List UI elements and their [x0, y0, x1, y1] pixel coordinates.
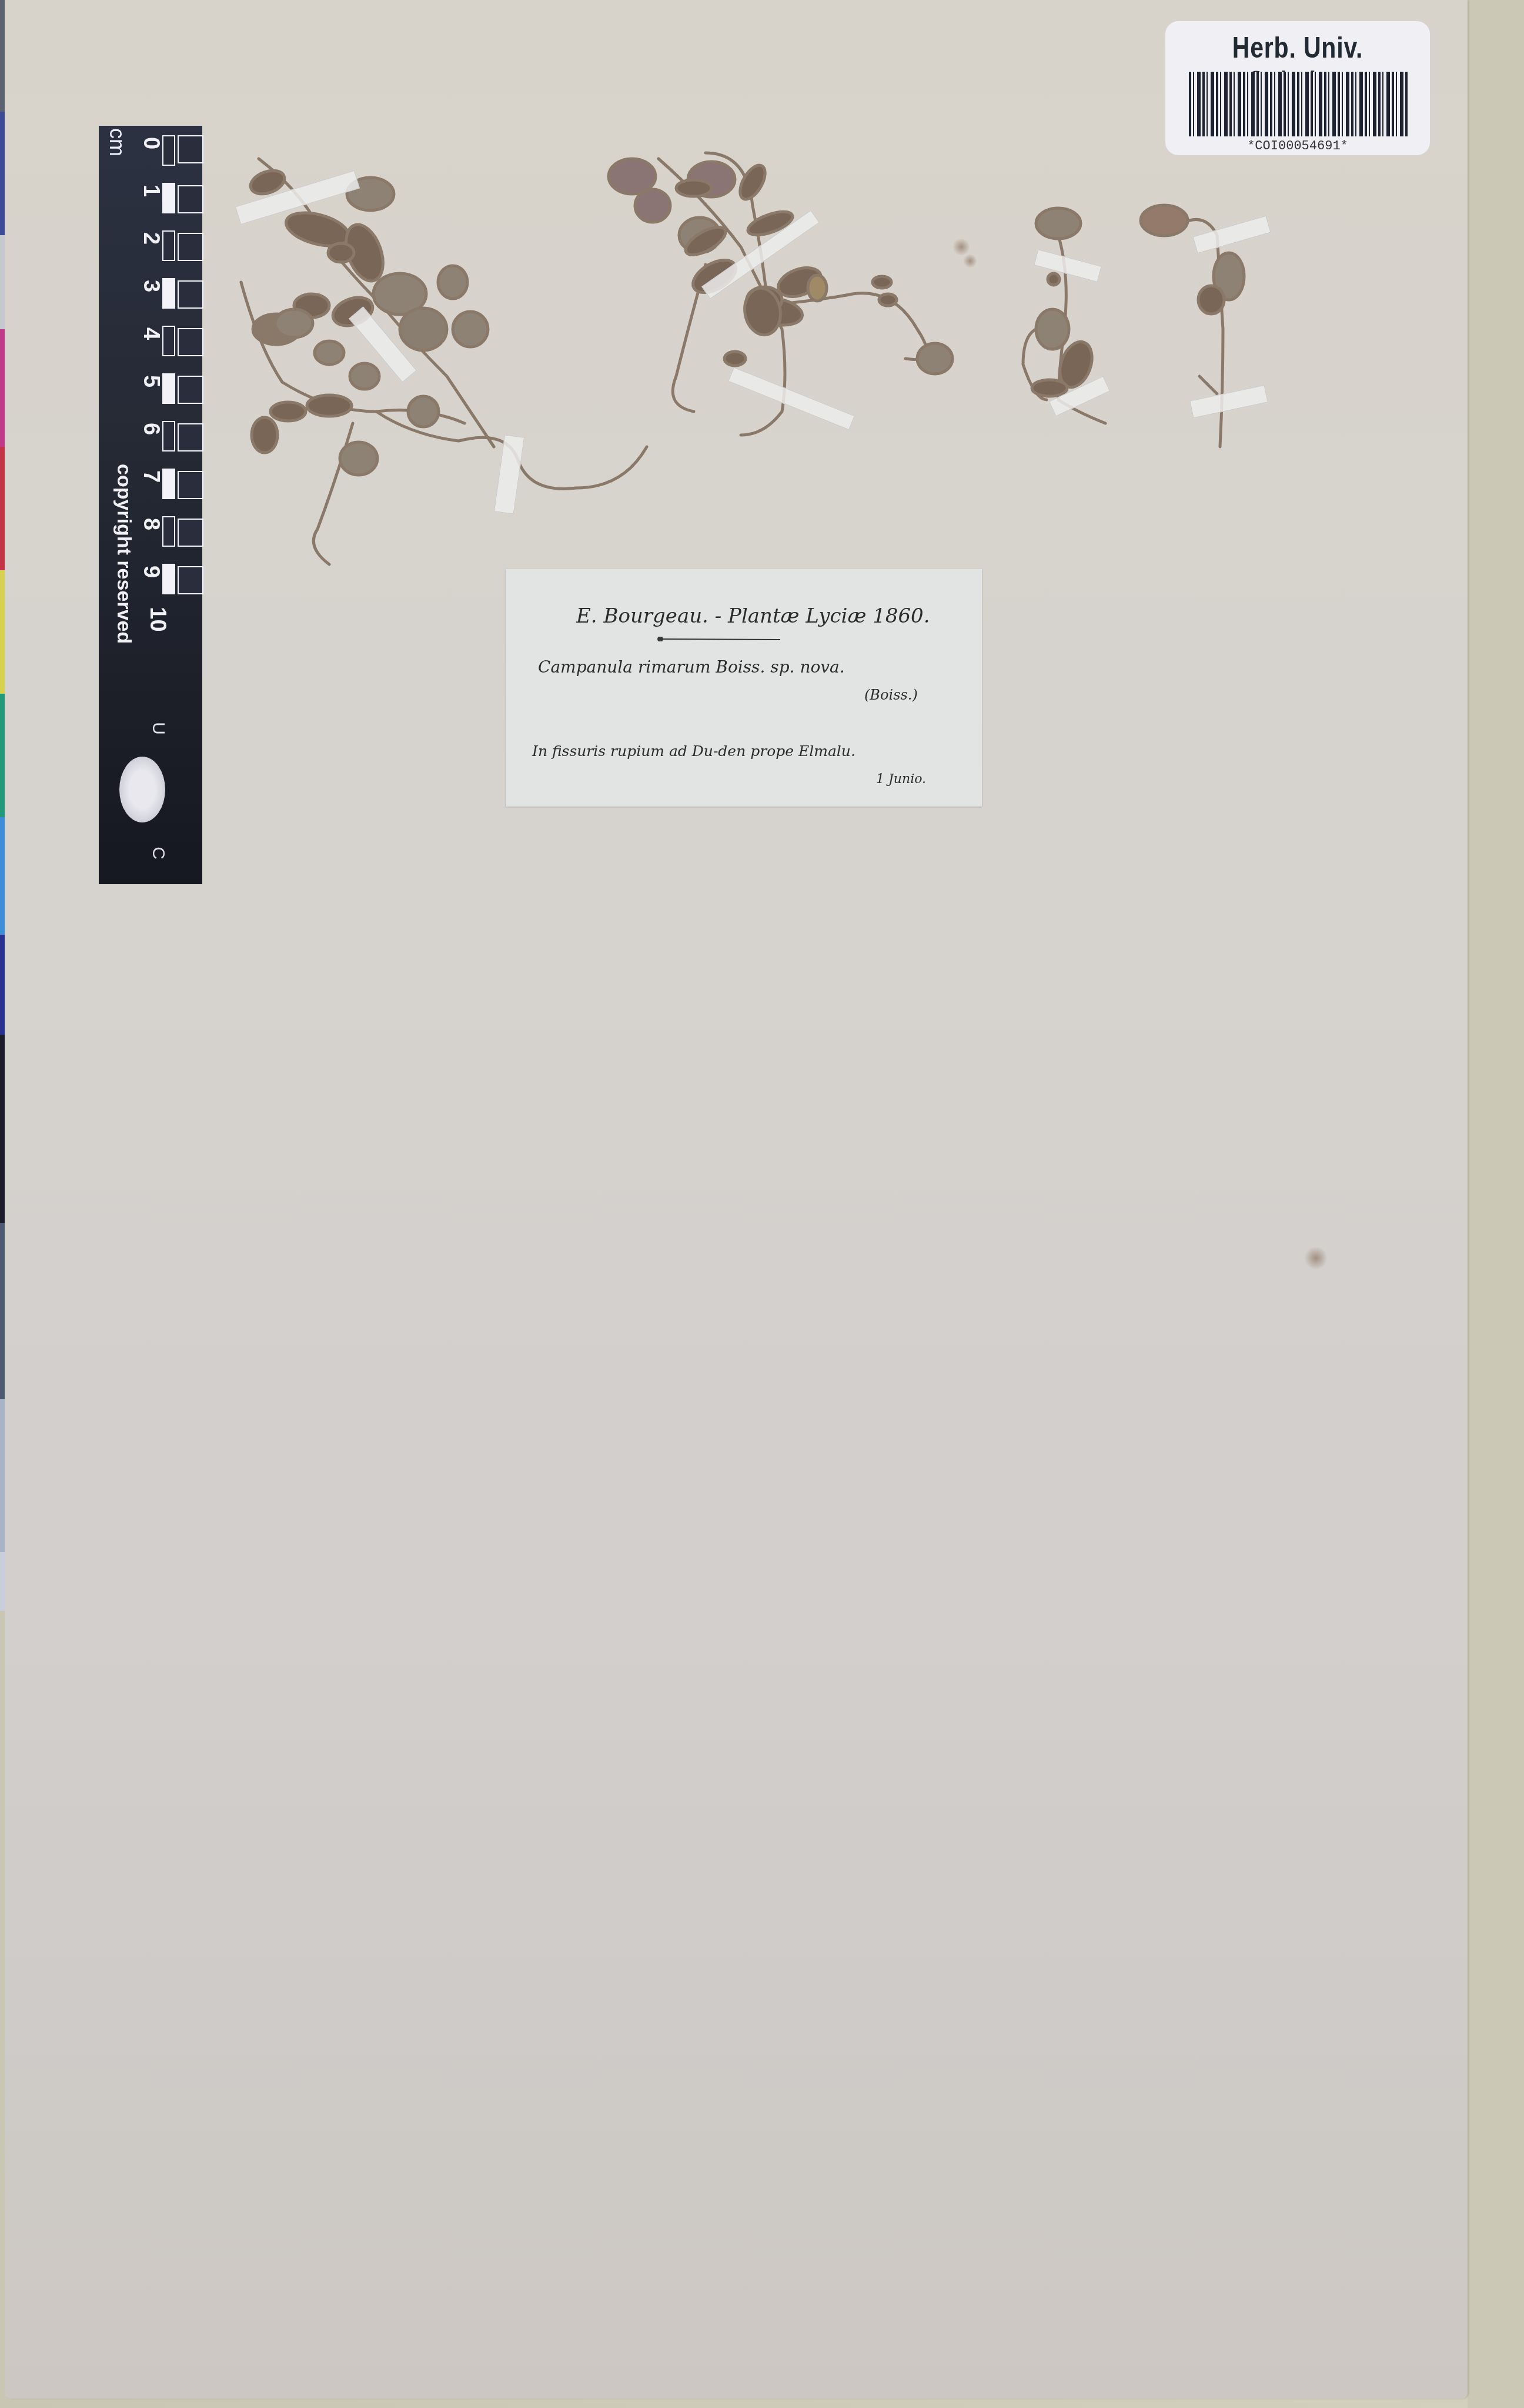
ruler-square [178, 328, 203, 356]
ruler-block [162, 278, 175, 309]
barcode-code: *COI00054691* [1165, 139, 1430, 153]
ruler-block [162, 564, 175, 594]
pin-icon [657, 637, 780, 641]
ruler-square [178, 233, 203, 261]
author-line: (Boiss.) [864, 687, 918, 703]
ruler-block [162, 230, 175, 261]
ruler-letter-u: U [148, 722, 168, 735]
scale-ruler: cm 012345678910 copyright reserved U C [99, 126, 202, 884]
ruler-block [162, 469, 175, 499]
ruler-square [178, 519, 203, 547]
ruler-square [178, 376, 203, 404]
ruler-square [178, 423, 203, 451]
ruler-tick-label: 0 [138, 137, 163, 149]
ruler-tick-label: 2 [138, 232, 163, 245]
ruler-block [162, 183, 175, 213]
locality-line: In fissuris rupium ad Du-den prope Elmal… [532, 743, 855, 760]
ruler-tick-label: 6 [138, 423, 163, 435]
ruler-scale-bar [162, 135, 201, 752]
ruler-tick-label: 7 [138, 470, 163, 483]
ruler-tick-label: 5 [138, 375, 163, 387]
barcode-label: Herb. Univ. Coimbra *COI00054691* [1165, 21, 1430, 155]
university-seal-icon [119, 757, 165, 822]
ruler-square [178, 135, 203, 163]
ruler-block [162, 326, 175, 356]
ruler-block [162, 421, 175, 451]
date-line: 1 Junio. [876, 772, 926, 787]
ruler-tick-label: 3 [138, 280, 163, 292]
ruler-square [178, 185, 203, 213]
plant-specimen-1 [241, 159, 647, 564]
determination-label: E. Bourgeau. - Plantæ Lyciæ 1860. Campan… [506, 569, 982, 807]
ruler-block [162, 373, 175, 404]
ruler-unit: cm [105, 128, 129, 156]
ruler-tick-label: 1 [138, 185, 163, 197]
ruler-tick-label: 8 [138, 518, 163, 530]
collector-line: E. Bourgeau. - Plantæ Lyciæ 1860. [576, 604, 930, 628]
taxon-name: Campanula rimarum Boiss. sp. nova. [538, 657, 845, 677]
ruler-letter-c: C [148, 847, 168, 859]
ruler-square [178, 280, 203, 309]
ruler-tick-label: 9 [138, 566, 163, 578]
plant-specimens [0, 0, 1524, 2408]
ruler-square [178, 566, 203, 594]
ruler-block [162, 516, 175, 547]
ruler-copyright: copyright reserved [112, 464, 135, 644]
ruler-square [178, 471, 203, 499]
barcode-icon [1189, 72, 1409, 136]
ruler-tick-label: 4 [138, 327, 163, 340]
ruler-block [162, 135, 175, 166]
